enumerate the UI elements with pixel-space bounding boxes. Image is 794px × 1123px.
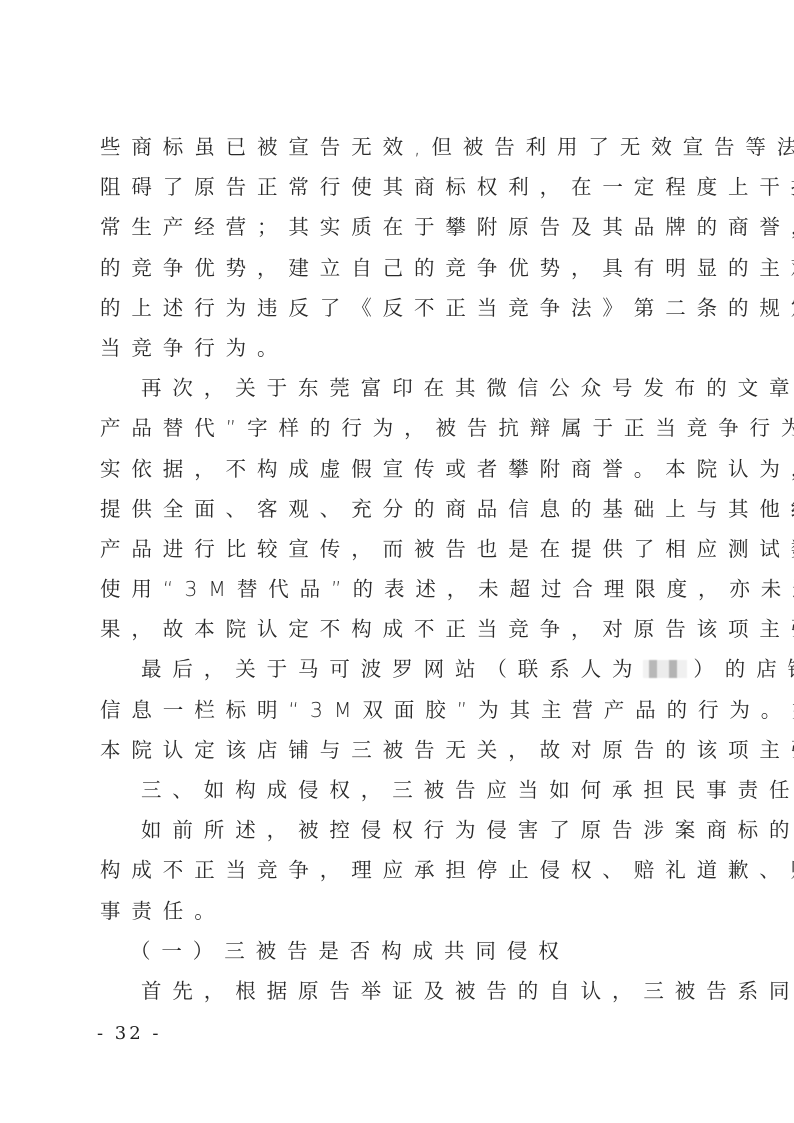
text-line: 阻碍了原告正常行使其商标权利，在一定程度上干扰了原告的正 xyxy=(100,167,710,207)
text-segment: 最后，关于马可波罗网站（联系人为 xyxy=(141,657,643,681)
text-line: 事责任。 xyxy=(100,891,710,931)
text-line: 常生产经营；其实质在于攀附原告及其品牌的商誉，破坏3M公司 xyxy=(100,207,710,247)
text-segment: ）的店铺中，工商 xyxy=(693,657,794,681)
redacted-contact-name xyxy=(643,660,687,678)
text-line: 信息一栏标明“3M双面胶”为其主营产品的行为。如前所述，因 xyxy=(100,690,710,730)
page-number: - 32 - xyxy=(97,1023,162,1044)
text-line: 使用“3M替代品”的表述，未超过合理限度，亦未造成混淆之后 xyxy=(100,569,710,609)
text-line: 产品进行比较宣传，而被告也是在提供了相应测试数据的基础上 xyxy=(100,529,710,569)
text-line: 本院认定该店铺与三被告无关，故对原告的该项主张不予支持。 xyxy=(100,730,710,770)
judgment-body-text: 些商标虽已被宣告无效,但被告利用了无效宣告等法律程序干扰、 阻碍了原告正常行使其… xyxy=(100,127,710,1011)
text-line: 的上述行为违反了《反不正当竞争法》第二条的规定，属于不正 xyxy=(100,288,710,328)
text-line: 些商标虽已被宣告无效,但被告利用了无效宣告等法律程序干扰、 xyxy=(100,127,710,167)
text-line: 的竞争优势，建立自己的竞争优势，具有明显的主观恶意。被告 xyxy=(100,248,710,288)
text-line: 提供全面、客观、充分的商品信息的基础上与其他经营者的同类 xyxy=(100,489,710,529)
text-line: 果，故本院认定不构成不正当竞争，对原告该项主张不予支持。 xyxy=(100,609,710,649)
document-page: 些商标虽已被宣告无效,但被告利用了无效宣告等法律程序干扰、 阻碍了原告正常行使其… xyxy=(0,0,794,1123)
paragraph-start-line: 最后，关于马可波罗网站（联系人为）的店铺中，工商 xyxy=(100,649,710,689)
section-heading: 三、如构成侵权，三被告应当如何承担民事责任 xyxy=(100,770,710,810)
text-line: 产品替代”字样的行为，被告抗辩属于正当竞争行为，有客观事 xyxy=(100,408,710,448)
text-line: 实依据，不构成虚假宣传或者攀附商誉。本院认为，被告有权在 xyxy=(100,449,710,489)
paragraph-start-line: 首先，根据原告举证及被告的自认，三被告系同属于富印集 xyxy=(100,971,710,1011)
paragraph-start-line: 再次，关于东莞富印在其微信公众号发布的文章中使用“3M xyxy=(100,368,710,408)
paragraph-start-line: 如前所述，被控侵权行为侵害了原告涉案商标的专用权，亦 xyxy=(100,810,710,850)
text-line: 当竞争行为。 xyxy=(100,328,710,368)
text-line: 构成不正当竞争，理应承担停止侵权、赔礼道歉、赔偿损失的民 xyxy=(100,850,710,890)
subsection-heading: （一）三被告是否构成共同侵权 xyxy=(100,931,710,971)
